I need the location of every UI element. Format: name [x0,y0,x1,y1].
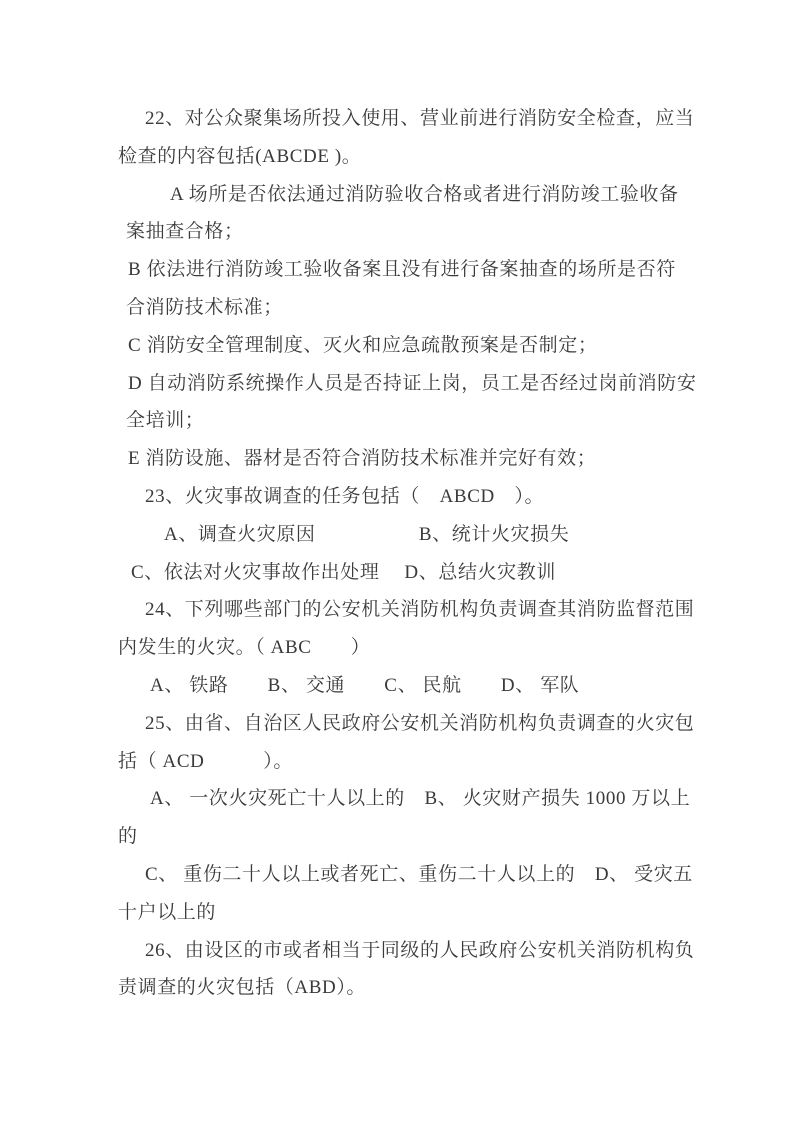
q24-stem-line-1: 24、下列哪些部门的公安机关消防机构负责调查其消防监督范围 [118,591,680,629]
q22-stem-line-2: 检查的内容包括(ABCDE )。 [118,138,680,176]
q23-stem: 23、火灾事故调查的任务包括（ ABCD ）。 [118,478,680,516]
q24-options: A、 铁路 B、 交通 C、 民航 D、 军队 [118,667,680,705]
q25-options-ab-line-1: A、 一次火灾死亡十人以上的 B、 火灾财产损失 1000 万以上 [118,780,680,818]
q23-options-cd: C、依法对火灾事故作出处理 D、总结火灾教训 [118,554,680,592]
q26-stem-line-1: 26、由设区的市或者相当于同级的人民政府公安机关消防机构负 [118,932,680,970]
q25-options-cd-line-2: 十户以上的 [118,894,680,932]
document-page: 22、对公众聚集场所投入使用、营业前进行消防安全检查，应当 检查的内容包括(AB… [0,0,793,1122]
q24-stem-line-2: 内发生的火灾。（ ABC ） [118,629,680,667]
q23-options-ab: A、调查火灾原因 B、统计火灾损失 [118,516,680,554]
q22-option-b-line-1: B 依法进行消防竣工验收备案且没有进行备案抽查的场所是否符 [118,251,680,289]
q22-option-a-line-1: A 场所是否依法通过消防验收合格或者进行消防竣工验收备 [118,176,680,214]
q22-option-e: E 消防设施、器材是否符合消防技术标准并完好有效； [118,440,680,478]
q25-options-ab-line-2: 的 [118,818,680,856]
q22-stem-line-1: 22、对公众聚集场所投入使用、营业前进行消防安全检查，应当 [118,100,680,138]
q22-option-a-line-2: 案抽查合格； [118,213,680,251]
q25-stem-line-2: 括（ ACD ）。 [118,743,680,781]
q22-option-c: C 消防安全管理制度、灭火和应急疏散预案是否制定； [118,327,680,365]
q22-option-d-line-2: 全培训； [118,402,680,440]
q22-option-d-line-1: D 自动消防系统操作人员是否持证上岗，员工是否经过岗前消防安 [118,365,680,403]
text-block: 22、对公众聚集场所投入使用、营业前进行消防安全检查，应当 检查的内容包括(AB… [118,100,680,1007]
q22-option-b-line-2: 合消防技术标准； [118,289,680,327]
q25-options-cd-line-1: C、 重伤二十人以上或者死亡、重伤二十人以上的 D、 受灾五 [118,856,680,894]
q26-stem-line-2: 责调查的火灾包括（ABD）。 [118,969,680,1007]
q25-stem-line-1: 25、由省、自治区人民政府公安机关消防机构负责调查的火灾包 [118,705,680,743]
